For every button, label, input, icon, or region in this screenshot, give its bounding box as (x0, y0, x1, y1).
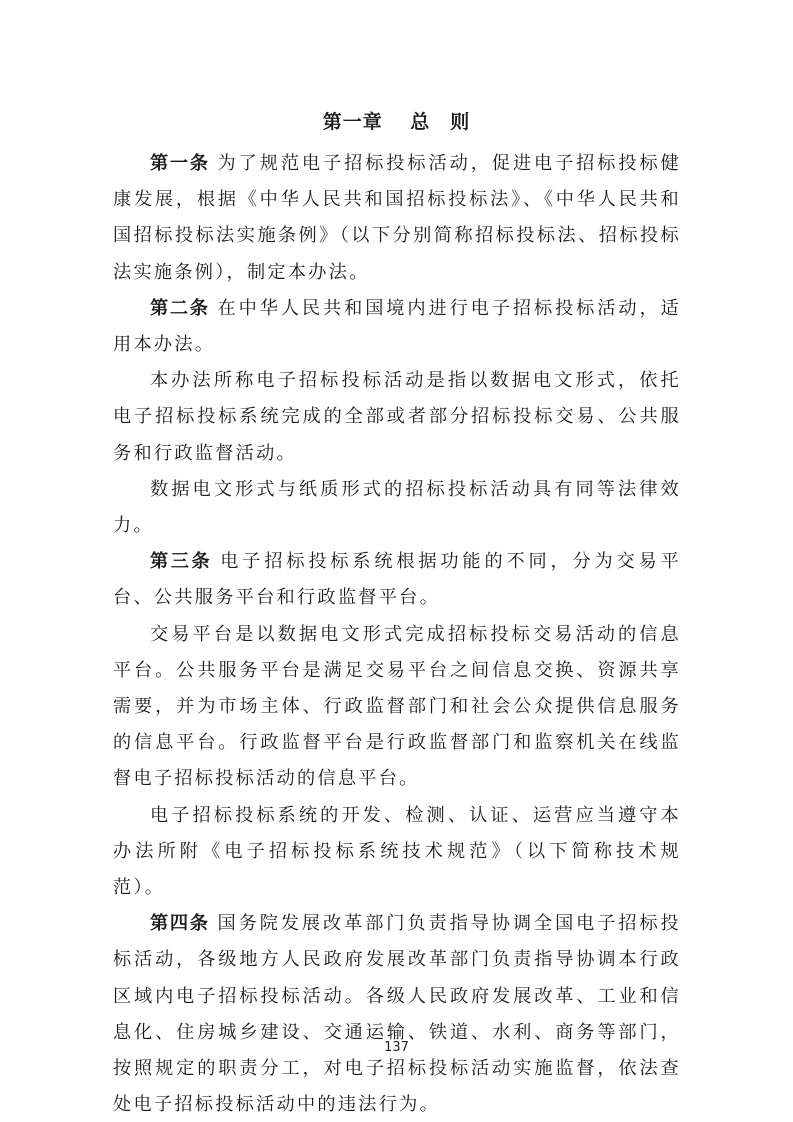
document-body: 第一条为了规范电子招标投标活动，促进电子招标投标健康发展，根据《中华人民共和国招… (113, 146, 681, 1122)
paragraph-text: 国务院发展改革部门负责指导协调全国电子招标投标活动，各级地方人民政府发展改革部门… (113, 913, 681, 1115)
paragraph-text: 本办法所称电子招标投标活动是指以数据电文形式，依托电子招标投标系统完成的全部或者… (113, 370, 681, 463)
document-page: 第一章 总 则 第一条为了规范电子招标投标活动，促进电子招标投标健康发展，根据《… (0, 0, 793, 1122)
article-label: 第二条 (150, 298, 210, 319)
paragraph: 交易平台是以数据电文形式完成招标投标交易活动的信息平台。公共服务平台是满足交易平… (113, 617, 681, 798)
paragraph-article-1: 第一条为了规范电子招标投标活动，促进电子招标投标健康发展，根据《中华人民共和国招… (113, 146, 681, 291)
page-number: 137 (0, 1040, 793, 1055)
paragraph-article-4: 第四条国务院发展改革部门负责指导协调全国电子招标投标活动，各级地方人民政府发展改… (113, 906, 681, 1122)
paragraph: 电子招标投标系统的开发、检测、认证、运营应当遵守本办法所附《电子招标投标系统技术… (113, 798, 681, 907)
paragraph-text: 电子招标投标系统的开发、检测、认证、运营应当遵守本办法所附《电子招标投标系统技术… (113, 805, 681, 898)
article-label: 第四条 (150, 913, 210, 934)
paragraph: 本办法所称电子招标投标活动是指以数据电文形式，依托电子招标投标系统完成的全部或者… (113, 363, 681, 472)
article-label: 第一条 (150, 153, 210, 174)
chapter-title: 第一章 总 则 (0, 106, 793, 138)
paragraph-text: 交易平台是以数据电文形式完成招标投标交易活动的信息平台。公共服务平台是满足交易平… (113, 624, 681, 790)
paragraph-article-3: 第三条电子招标投标系统根据功能的不同，分为交易平台、公共服务平台和行政监督平台。 (113, 544, 681, 616)
paragraph-article-2: 第二条在中华人民共和国境内进行电子招标投标活动，适用本办法。 (113, 291, 681, 363)
paragraph-text: 数据电文形式与纸质形式的招标投标活动具有同等法律效力。 (113, 479, 681, 536)
article-label: 第三条 (150, 551, 212, 572)
paragraph: 数据电文形式与纸质形式的招标投标活动具有同等法律效力。 (113, 472, 681, 544)
